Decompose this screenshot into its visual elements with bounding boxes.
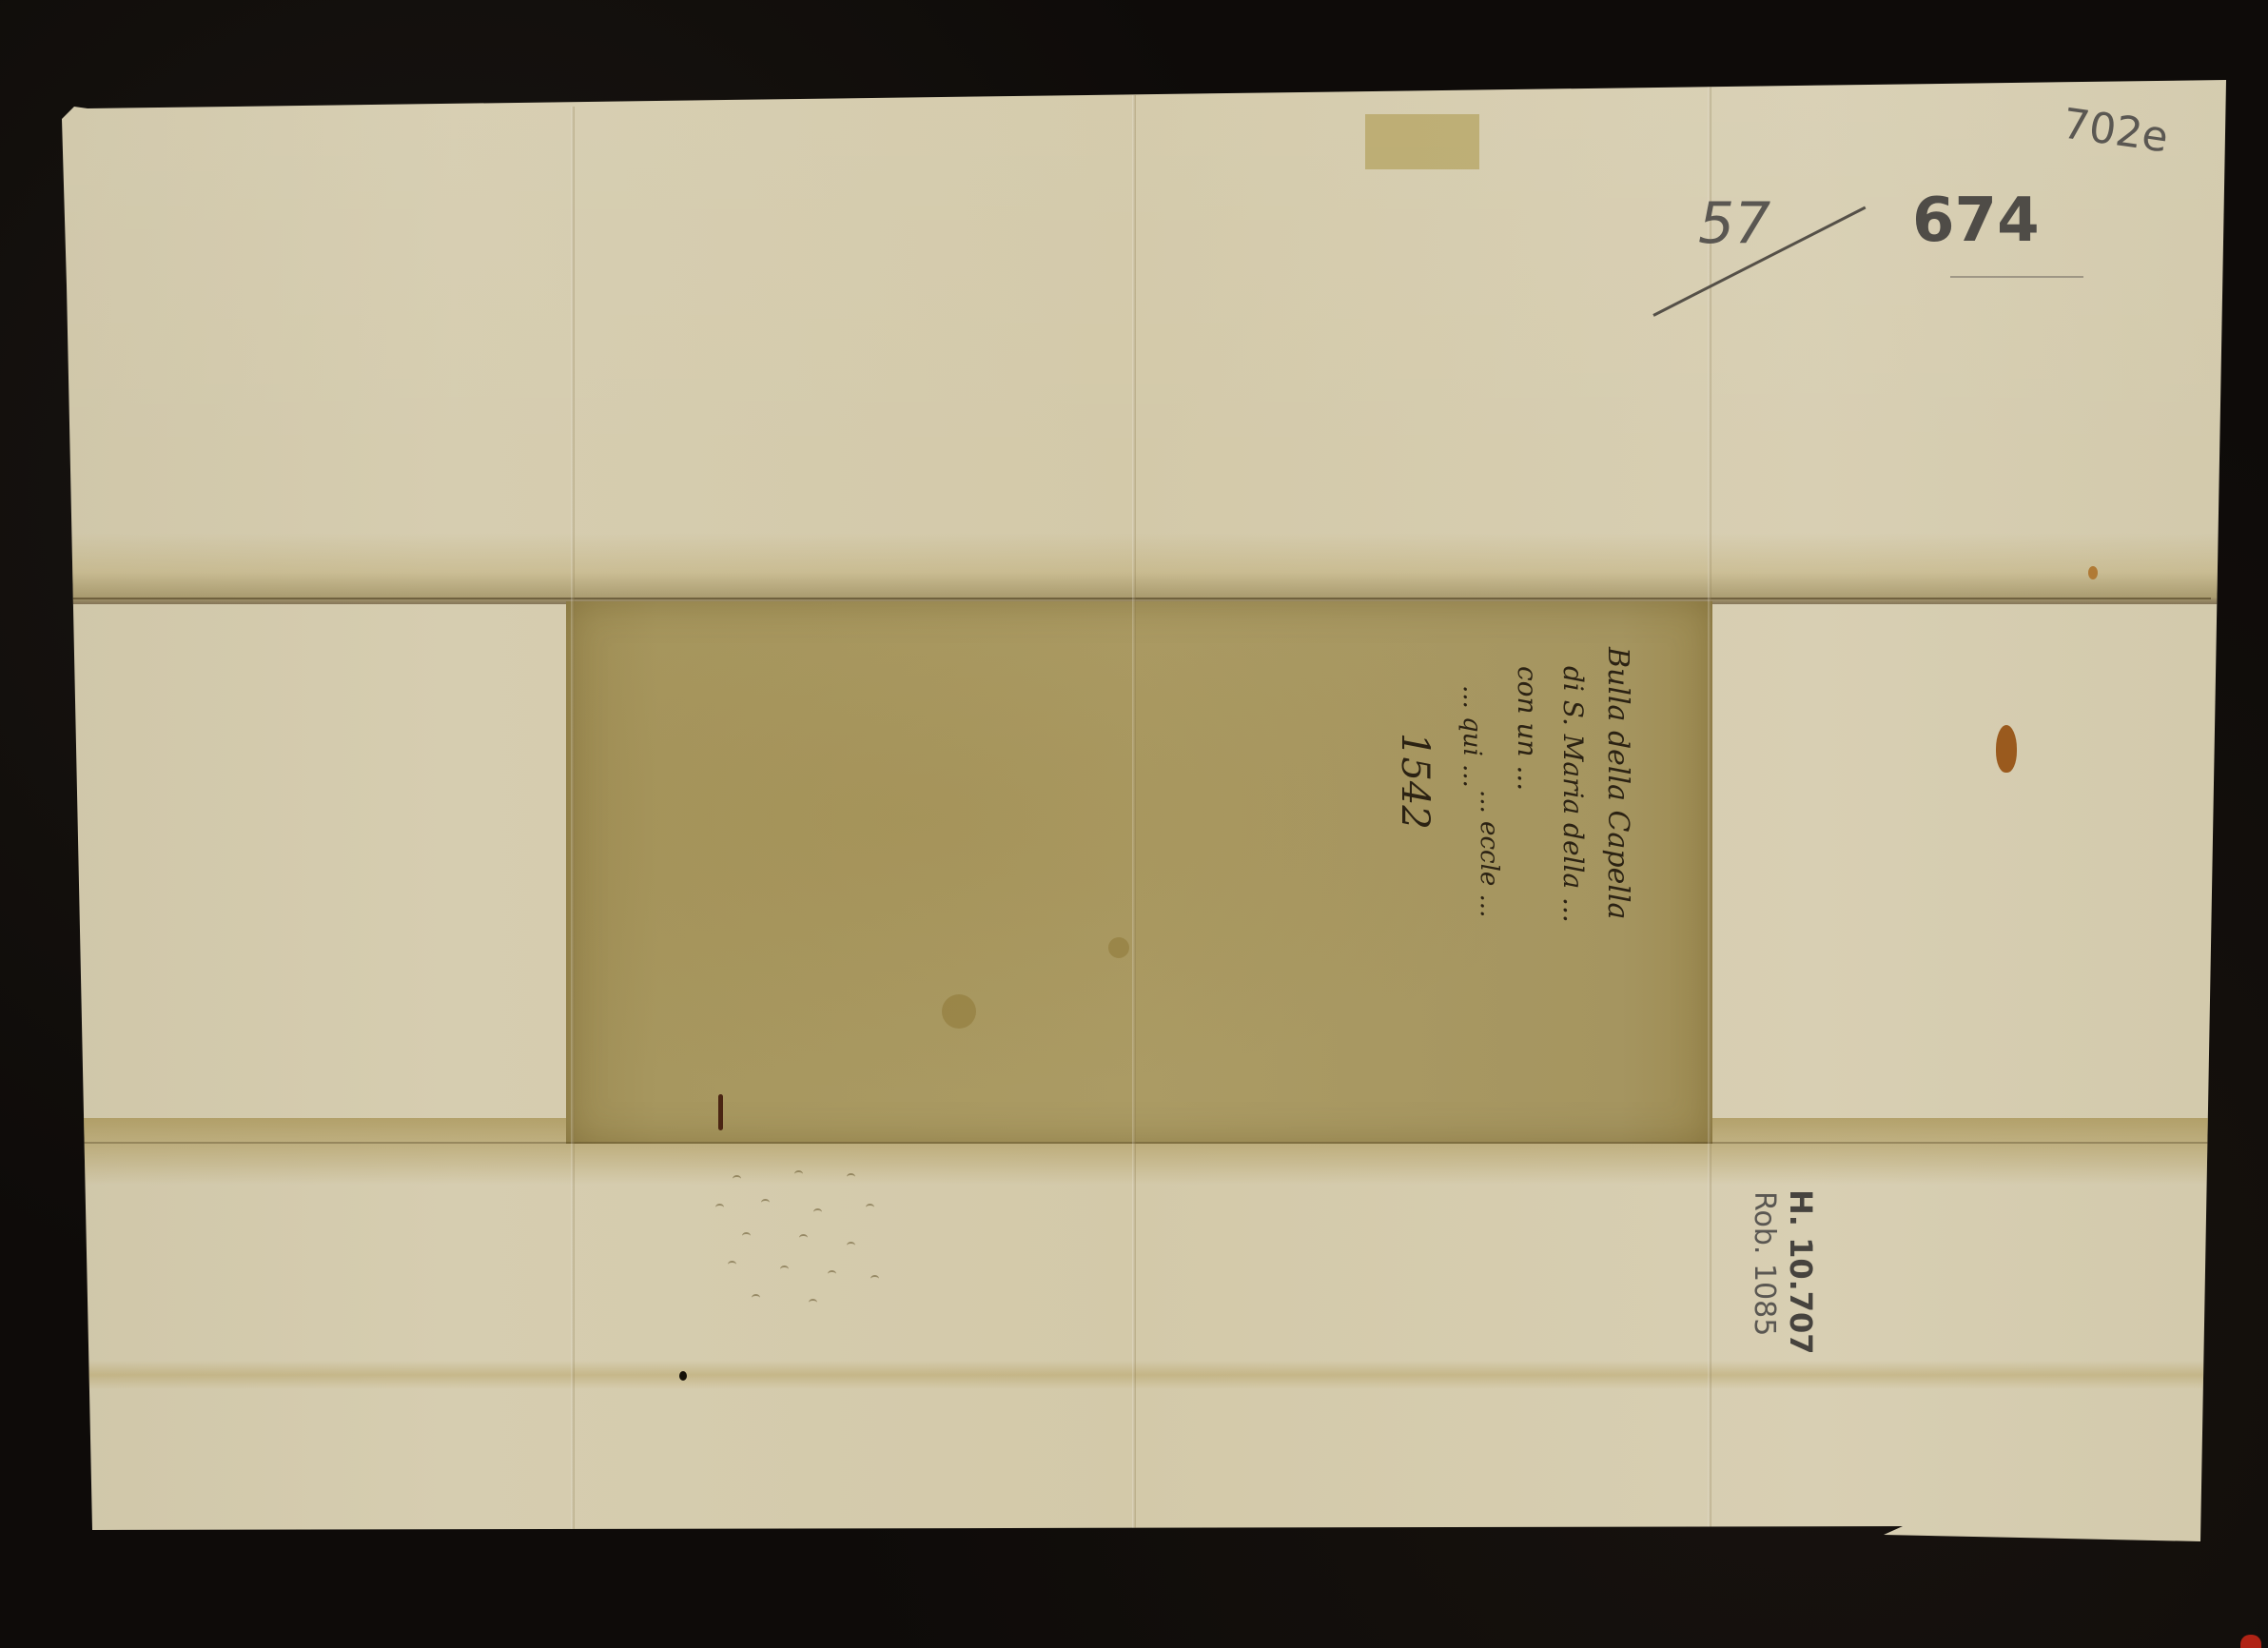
fold-line-vertical-1 — [571, 107, 575, 1534]
endorsement-line-4: ... eccle ... — [1475, 790, 1503, 917]
endorsement-line-2: di S. Maria della ... — [1557, 666, 1589, 923]
faded-stamp — [1365, 114, 1479, 169]
fold-line-horizontal-upper — [67, 598, 2211, 599]
shelfmark-702e: 702e — [2060, 100, 2171, 163]
rust-stain — [1996, 725, 2017, 773]
underline — [1950, 276, 2083, 278]
shelfmark-674: 674 — [1912, 186, 2040, 256]
parchment-sheet: 702e 674 57 Bulla della Capella di S. Ma… — [0, 0, 2268, 1648]
embossed-dot-pattern — [704, 1166, 885, 1308]
endorsement-line-3: con un ... — [1512, 666, 1543, 791]
fold-line-horizontal-lower — [67, 1142, 2211, 1144]
fold-line-vertical-2 — [1132, 95, 1136, 1532]
endorsement-line-1: Bulla della Capella — [1601, 647, 1634, 919]
endorsement-line-5: ... qui ... — [1457, 685, 1486, 788]
endorsement-year: 1542 — [1393, 733, 1437, 830]
water-spot — [1108, 937, 1129, 958]
old-number-57: 57 — [1698, 190, 1770, 257]
red-marker — [2240, 1635, 2261, 1648]
archive-label-line-2: Rob. 1085 — [1748, 1191, 1781, 1336]
ink-streak — [718, 1094, 723, 1130]
fold-line-vertical-3 — [1708, 86, 1711, 1537]
ink-dot — [679, 1371, 687, 1381]
small-stain — [2088, 566, 2098, 579]
archive-label-line-1: H. 10.707 — [1783, 1189, 1819, 1355]
water-spot — [942, 994, 976, 1029]
